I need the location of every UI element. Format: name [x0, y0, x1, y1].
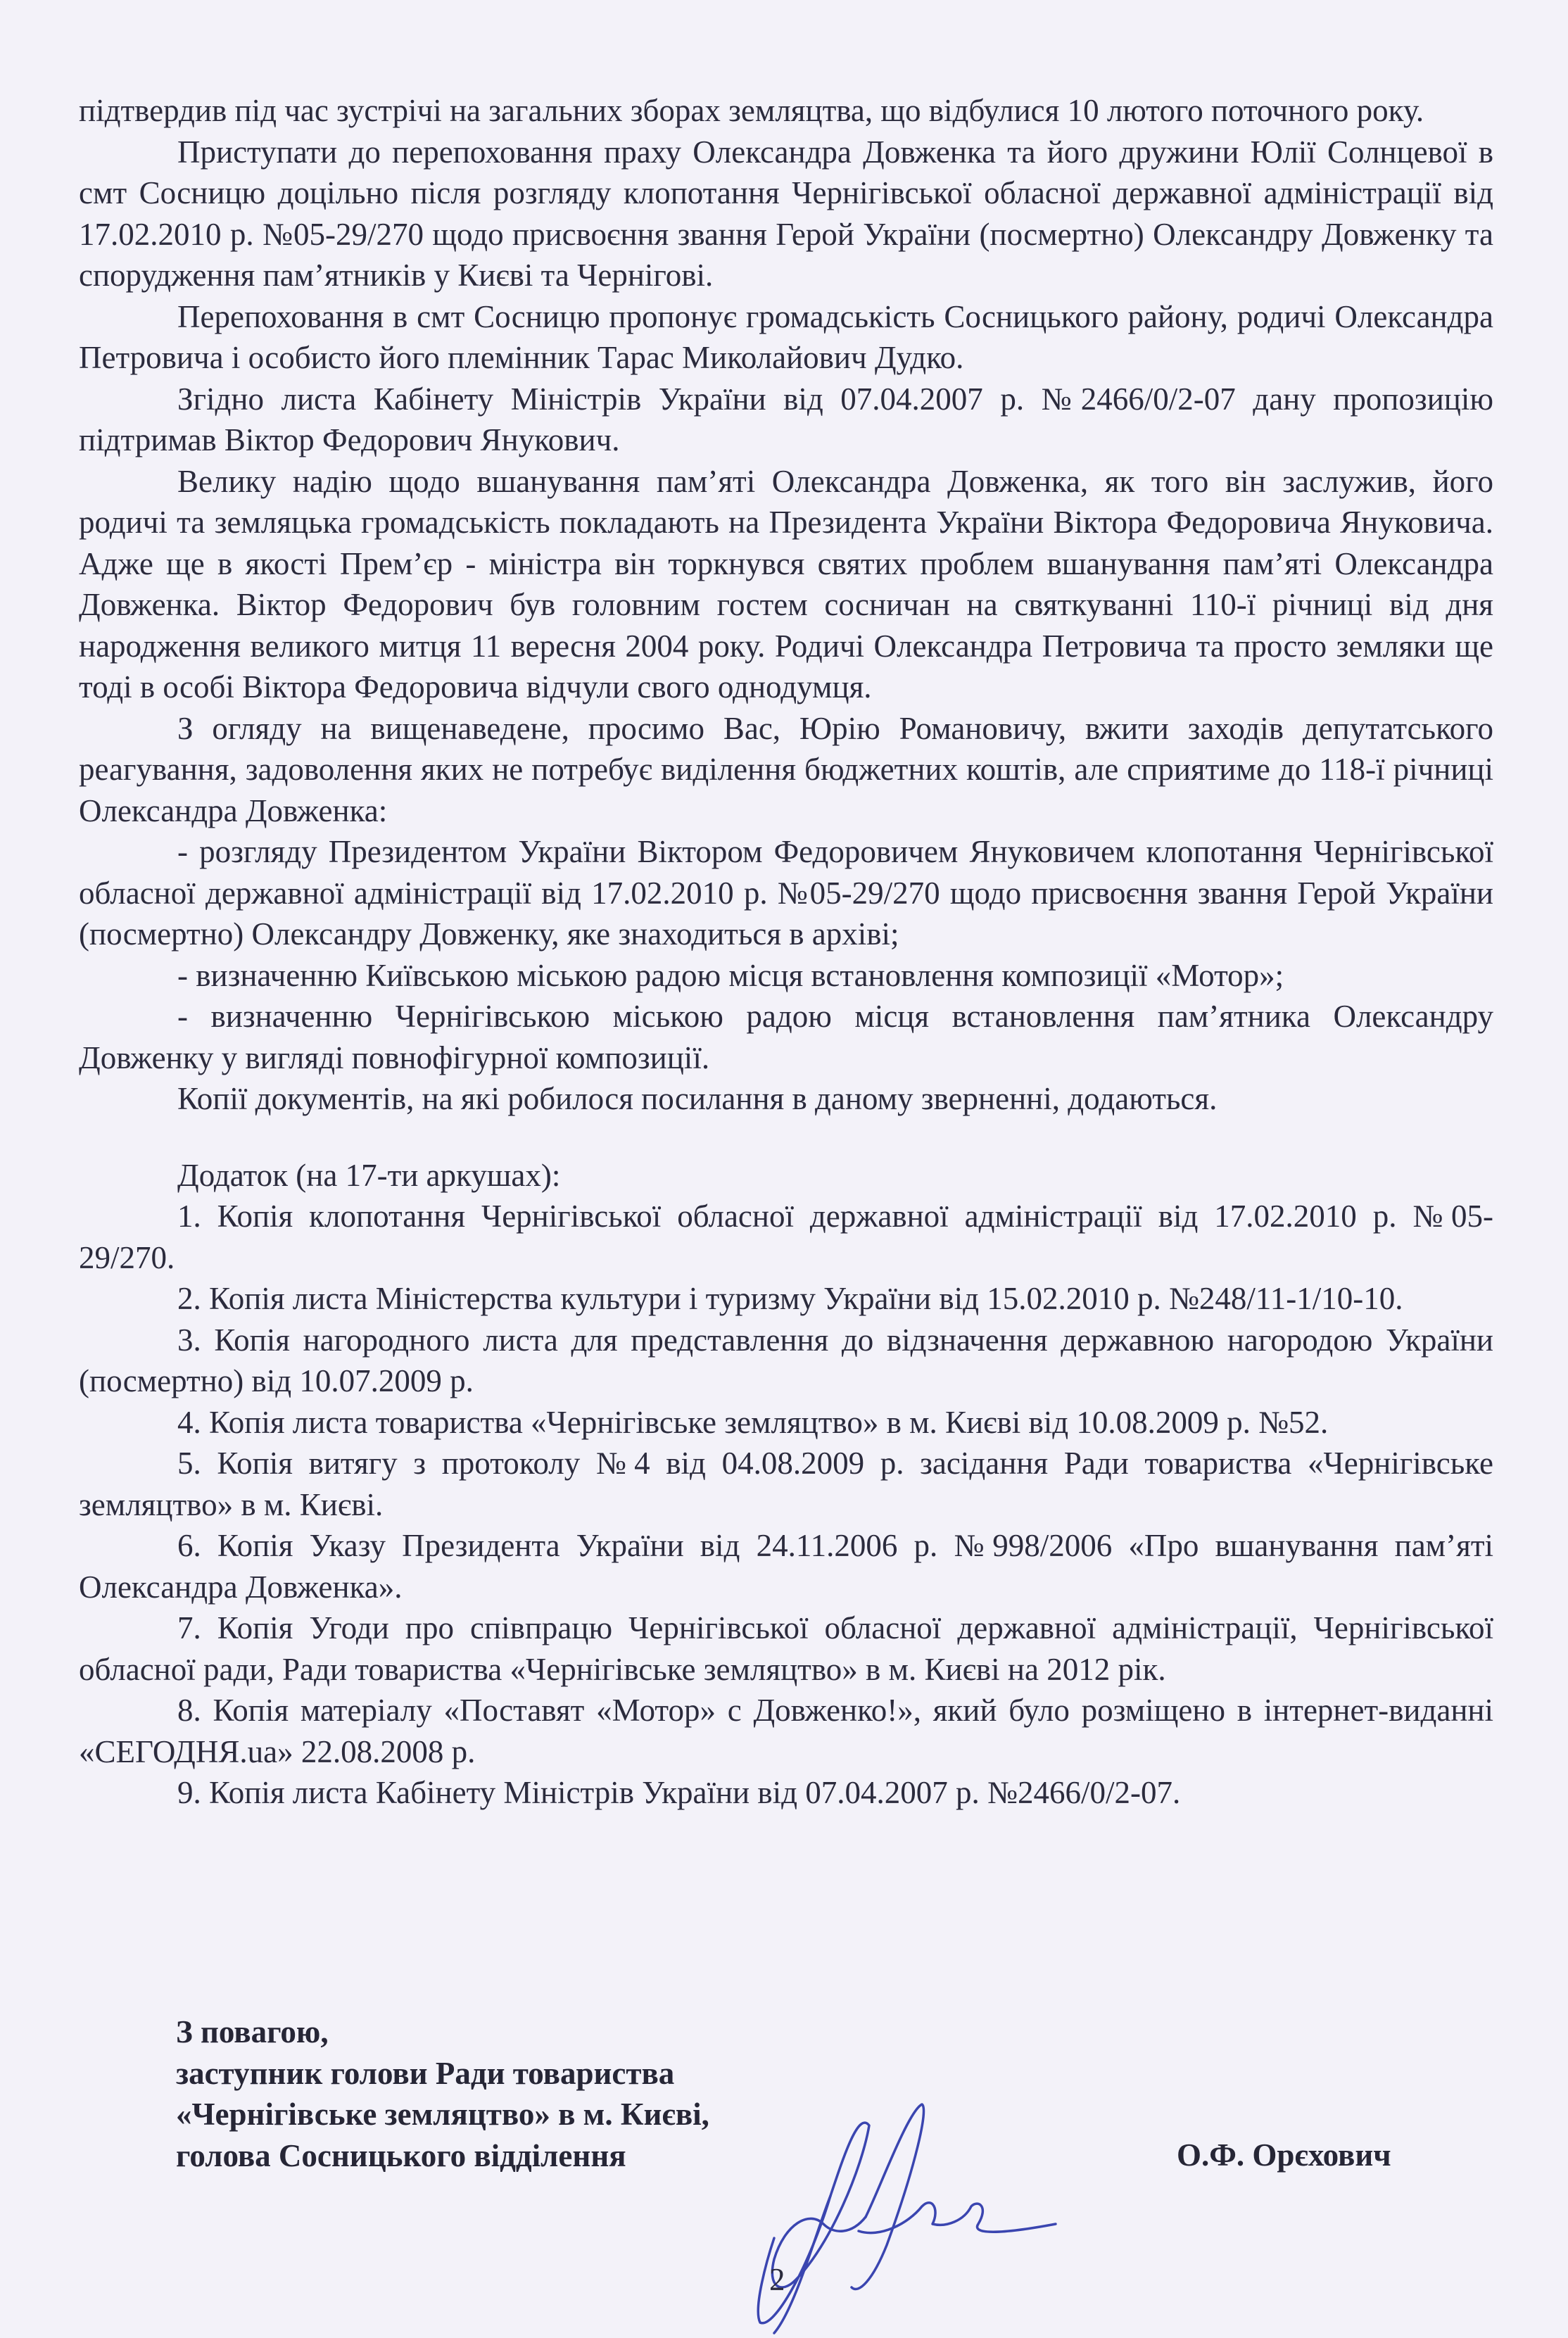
attachment-item: 9. Копія листа Кабінету Міністрів Україн… [79, 1772, 1493, 1814]
attachment-item: 1. Копія клопотання Чернігівської обласн… [79, 1196, 1493, 1278]
page-number: 2 [769, 2259, 785, 2300]
handwritten-signature-icon [746, 2083, 1070, 2337]
attachment-item: 2. Копія листа Міністерства культури і т… [79, 1278, 1493, 1320]
attachment-item: 6. Копія Указу Президента України від 24… [79, 1525, 1493, 1607]
closing-position: заступник голови Ради товариства [176, 2053, 709, 2094]
paragraph-request: З огляду на вищенаведене, просимо Вас, Ю… [79, 708, 1493, 832]
signatory-name: О.Ф. Орєхович [1177, 2135, 1391, 2176]
paragraph-reburial-timing: Приступати до перепоховання праху Олекса… [79, 132, 1493, 296]
attachment-item: 4. Копія листа товариства «Чернігівське … [79, 1402, 1493, 1443]
paragraph-hope-president: Велику надію щодо вшанування пам’яті Оле… [79, 461, 1493, 708]
attachment-item: 5. Копія витягу з протоколу №4 від 04.08… [79, 1443, 1493, 1525]
attachment-item: 3. Копія нагородного листа для представл… [79, 1320, 1493, 1402]
paragraph-reburial-proposal: Перепоховання в смт Сосницю пропонує гро… [79, 296, 1493, 379]
spacer [79, 1120, 1493, 1155]
request-item-hero-title: - розгляду Президентом України Віктором … [79, 831, 1493, 955]
closing-block: З повагою, заступник голови Ради товарис… [176, 2011, 709, 2176]
request-item-motor: - визначенню Київською міською радою міс… [79, 955, 1493, 997]
paragraph-cabinet-letter: Згідно листа Кабінету Міністрів України … [79, 379, 1493, 461]
paragraph-copies-attached: Копії документів, на які робилося посила… [79, 1078, 1493, 1120]
attachment-item: 7. Копія Угоди про співпрацю Чернігівськ… [79, 1607, 1493, 1690]
paragraph-continuation: підтвердив під час зустрічі на загальних… [79, 90, 1493, 132]
request-item-monument: - визначенню Чернігівською міською радою… [79, 996, 1493, 1078]
closing-salutation: З повагою, [176, 2011, 709, 2053]
attachments-heading: Додаток (на 17-ти аркушах): [79, 1155, 1493, 1196]
attachment-item: 8. Копія матеріалу «Поставят «Мотор» с Д… [79, 1690, 1493, 1772]
closing-organization: «Чернігівське земляцтво» в м. Києві, [176, 2094, 709, 2135]
closing-department: голова Сосницького відділення [176, 2135, 709, 2177]
letter-body: підтвердив під час зустрічі на загальних… [79, 90, 1493, 1814]
